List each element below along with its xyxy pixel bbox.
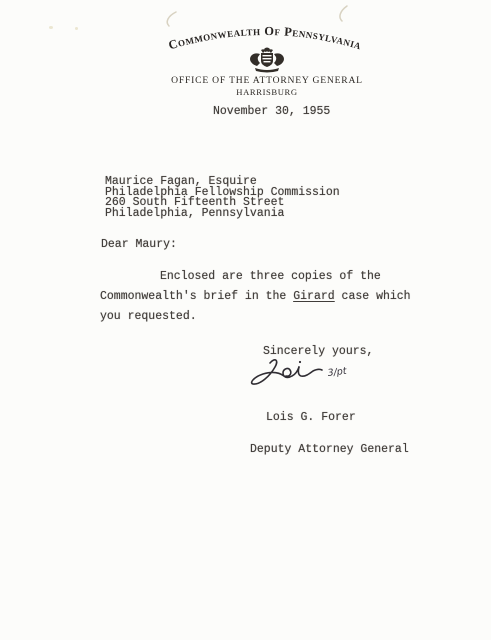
signature: 3/pt — [248, 354, 368, 396]
signature-scrawl — [252, 360, 322, 384]
paper-speck — [75, 27, 78, 30]
letter-body: Enclosed are three copies of theCommonwe… — [100, 267, 430, 327]
recipient-block: Maurice Fagan, EsquirePhiladelphia Fello… — [105, 177, 340, 219]
signature-block: Lois G. Forer Deputy Attorney General — [250, 392, 409, 477]
body-text: Commonwealth's brief in the — [100, 290, 293, 303]
letterhead-city-line: HARRISBURG — [43, 87, 491, 97]
body-text: Enclosed are three copies of the — [160, 270, 381, 283]
salutation: Dear Maury: — [101, 238, 177, 252]
typed-title: Deputy Attorney General — [250, 445, 409, 456]
scan-mark-right — [335, 5, 351, 23]
body-text: case which — [335, 290, 411, 303]
body-line: you requested. — [100, 307, 430, 327]
letter-page: Commonwealth Of Pennsylvania OFFICE OF T… — [0, 0, 491, 640]
pennsylvania-coat-of-arms-icon — [247, 46, 287, 74]
letterhead-office-line: OFFICE OF THE ATTORNEY GENERAL — [43, 75, 491, 86]
body-line: Commonwealth's brief in the Girard case … — [100, 287, 430, 307]
typed-name: Lois G. Forer — [266, 413, 409, 424]
date-line: November 30, 1955 — [213, 105, 330, 119]
body-line: Enclosed are three copies of the — [100, 267, 430, 287]
paper-speck — [49, 26, 53, 29]
signature-annotation: 3/pt — [327, 366, 348, 379]
body-text: you requested. — [100, 310, 197, 323]
recipient-line: Philadelphia, Pennsylvania — [105, 209, 340, 220]
underlined-text: Girard — [293, 290, 334, 303]
